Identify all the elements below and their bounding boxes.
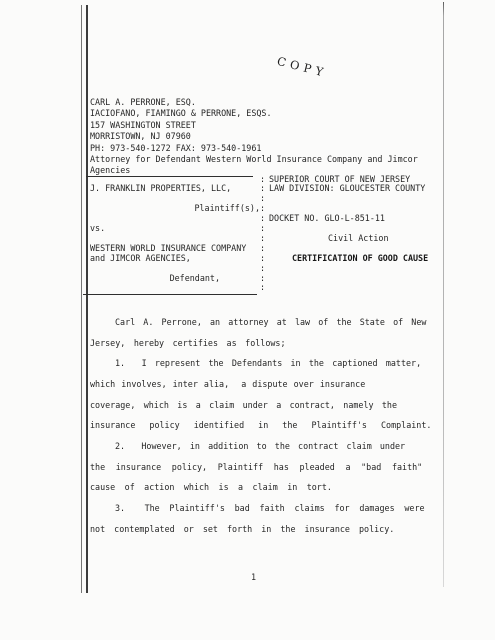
city-state-zip: MORRISTOWN, NJ 07960 (90, 131, 442, 142)
law-division: LAW DIVISION: GLOUCESTER COUNTY (269, 184, 425, 194)
case-caption: : SUPERIOR COURT OF NEW JERSEY J. FRANKL… (90, 175, 442, 294)
body-line: which involves, inter alia, a dispute ov… (90, 374, 442, 395)
civil-action-label: Civil Action (269, 234, 389, 244)
attorney-name: CARL A. PERRONE, ESQ. (90, 97, 442, 108)
body-line: cause of action which is a claim in tort… (90, 477, 442, 498)
docket-number: DOCKET NO. GLO-L-851-11 (269, 214, 385, 224)
left-margin-rule-inner (86, 5, 88, 593)
document-title: CERTIFICATION OF GOOD CAUSE (269, 254, 428, 264)
versus-label: vs. (90, 224, 260, 234)
caption-row-spacer: : (90, 264, 442, 274)
body-line: Jersey, hereby certifies as follows; (90, 333, 442, 354)
caption-colon: : (260, 283, 269, 293)
defendant-designation: Defendant, (90, 274, 260, 284)
plaintiff-designation: Plaintiff(s), (90, 204, 260, 214)
plaintiff-name: J. FRANKLIN PROPERTIES, LLC, (90, 184, 260, 194)
caption-row-plaintiff-name: J. FRANKLIN PROPERTIES, LLC, : LAW DIVIS… (90, 184, 442, 194)
document-page: COPY CARL A. PERRONE, ESQ. IACIOFANO, FI… (0, 0, 495, 640)
left-margin-rule-outer (81, 5, 82, 593)
law-firm-name: IACIOFANO, FIAMINGO & PERRONE, ESQS. (90, 108, 442, 119)
defendant-name-line2: and JIMCOR AGENCIES, (90, 254, 260, 264)
body-line: Carl A. Perrone, an attorney at law of t… (90, 312, 442, 333)
caption-row-spacer: : (90, 194, 442, 204)
body-line-paragraph-2: 2. However, in addition to the contract … (90, 436, 442, 457)
caption-row-plaintiff-label: Plaintiff(s), : (90, 204, 442, 214)
page-number: 1 (251, 572, 256, 582)
caption-row-vs: vs. : (90, 224, 442, 234)
body-line: coverage, which is a claim under a contr… (90, 395, 442, 416)
caption-bottom-rule (83, 294, 257, 295)
caption-row-spacer: : (90, 283, 442, 293)
caption-row-defendant-name2: and JIMCOR AGENCIES, : CERTIFICATION OF … (90, 254, 442, 264)
caption-row-docket: : DOCKET NO. GLO-L-851-11 (90, 214, 442, 224)
caption-row-defendant-label: Defendant, : (90, 274, 442, 284)
street-address: 157 WASHINGTON STREET (90, 120, 442, 131)
copy-stamp: COPY (276, 54, 329, 80)
caption-left-cell (90, 214, 260, 224)
certification-body: Carl A. Perrone, an attorney at law of t… (90, 312, 442, 539)
body-line: insurance policy identified in the Plain… (90, 415, 442, 436)
caption-left-cell (90, 283, 260, 293)
right-margin-rule (443, 2, 444, 587)
body-line: the insurance policy, Plaintiff has plea… (90, 457, 442, 478)
attorney-address-block: CARL A. PERRONE, ESQ. IACIOFANO, FIAMING… (90, 97, 442, 177)
body-line-paragraph-3: 3. The Plaintiff's bad faith claims for … (90, 498, 442, 519)
attorney-for-line: Attorney for Defendant Western World Ins… (90, 154, 442, 165)
body-line-paragraph-1: 1. I represent the Defendants in the cap… (90, 353, 442, 374)
phone-fax-line: PH: 973-540-1272 FAX: 973-540-1961 (90, 143, 442, 154)
body-line: not contemplated or set forth in the ins… (90, 519, 442, 540)
